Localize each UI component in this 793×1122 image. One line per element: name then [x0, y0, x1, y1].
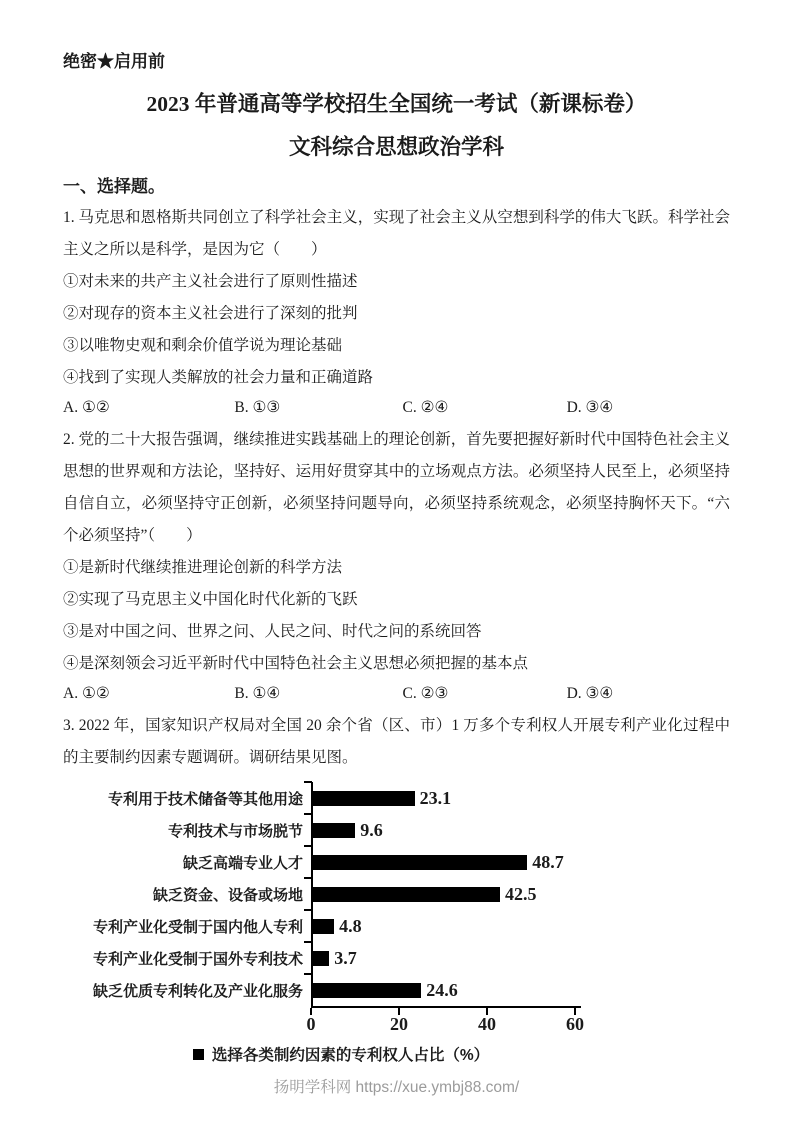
exam-title: 2023 年普通高等学校招生全国统一考试（新课标卷） [63, 89, 730, 119]
chart-x-axis [311, 1006, 581, 1014]
chart-legend: 选择各类制约因素的专利权人占比（%） [85, 1043, 597, 1065]
chart-category-label: 专利产业化受制于国内他人专利 [85, 916, 311, 937]
legend-label: 选择各类制约因素的专利权人占比（%） [212, 1043, 489, 1065]
chart-plot-row: 9.6 [311, 814, 575, 846]
chart-bar [313, 983, 421, 998]
option-c: C. ②③ [402, 680, 566, 707]
chart-plot-row: 4.8 [311, 910, 575, 942]
question-3-stem: 3. 2022 年，国家知识产权局对全国 20 余个省（区、市）1 万多个专利权… [63, 710, 730, 774]
question-1: 1. 马克思和恩格斯共同创立了科学社会主义，实现了社会主义从空想到科学的伟大飞跃… [63, 202, 730, 421]
statement-item: ④找到了实现人类解放的社会力量和正确道路 [63, 362, 730, 394]
statement-item: ④是深刻领会习近平新时代中国特色社会主义思想必须把握的基本点 [63, 648, 730, 680]
option-d: D. ③④ [567, 680, 730, 707]
x-axis-tick-label: 40 [478, 1014, 496, 1035]
x-axis-tick-label: 20 [390, 1014, 408, 1035]
chart-row: 缺乏高端专业人才48.7 [85, 846, 625, 878]
chart-category-label: 缺乏优质专利转化及产业化服务 [85, 980, 311, 1001]
chart-plot-row: 24.6 [311, 974, 575, 1006]
question-1-stem: 1. 马克思和恩格斯共同创立了科学社会主义，实现了社会主义从空想到科学的伟大飞跃… [63, 202, 730, 266]
chart-category-label: 专利产业化受制于国外专利技术 [85, 948, 311, 969]
chart-bar-value: 23.1 [420, 788, 452, 809]
secrecy-label: 绝密★启用前 [63, 50, 730, 74]
statement-item: ③以唯物史观和剩余价值学说为理论基础 [63, 330, 730, 362]
x-axis-tick-label: 0 [307, 1014, 316, 1035]
chart-row: 专利产业化受制于国内他人专利4.8 [85, 910, 625, 942]
section-heading: 一、选择题。 [63, 175, 730, 199]
option-a: A. ①② [63, 680, 234, 707]
question-3: 3. 2022 年，国家知识产权局对全国 20 余个省（区、市）1 万多个专利权… [63, 710, 730, 1065]
x-axis-tick-label: 60 [566, 1014, 584, 1035]
chart-category-label: 专利技术与市场脱节 [85, 820, 311, 841]
chart-bar-value: 9.6 [360, 820, 383, 841]
chart-row: 缺乏资金、设备或场地42.5 [85, 878, 625, 910]
chart-x-labels: 0204060 [311, 1014, 575, 1036]
statement-item: ②对现存的资本主义社会进行了深刻的批判 [63, 298, 730, 330]
chart-row: 专利技术与市场脱节9.6 [85, 814, 625, 846]
option-b: B. ①④ [234, 680, 402, 707]
question-1-options: A. ①② B. ①③ C. ②④ D. ③④ [63, 394, 730, 421]
chart-plot-row: 23.1 [311, 782, 575, 814]
question-2-options: A. ①② B. ①④ C. ②③ D. ③④ [63, 680, 730, 707]
chart-bar-value: 3.7 [334, 948, 357, 969]
chart-bar-value: 48.7 [532, 852, 564, 873]
option-a: A. ①② [63, 394, 234, 421]
chart-bar [313, 791, 415, 806]
chart-bar-value: 4.8 [339, 916, 362, 937]
exam-page: 绝密★启用前 2023 年普通高等学校招生全国统一考试（新课标卷） 文科综合思想… [0, 0, 793, 1122]
chart-plot-row: 48.7 [311, 846, 575, 878]
chart-rows: 专利用于技术储备等其他用途23.1专利技术与市场脱节9.6缺乏高端专业人才48.… [85, 782, 625, 1006]
statement-item: ①对未来的共产主义社会进行了原则性描述 [63, 266, 730, 298]
statement-item: ①是新时代继续推进理论创新的科学方法 [63, 552, 730, 584]
chart-category-label: 缺乏高端专业人才 [85, 852, 311, 873]
chart-bar [313, 919, 334, 934]
chart-bar [313, 855, 527, 870]
chart-bar [313, 887, 500, 902]
chart-category-label: 缺乏资金、设备或场地 [85, 884, 311, 905]
chart-plot-row: 42.5 [311, 878, 575, 910]
statement-item: ③是对中国之问、世界之问、人民之问、时代之问的系统回答 [63, 616, 730, 648]
chart-row: 专利用于技术储备等其他用途23.1 [85, 782, 625, 814]
option-d: D. ③④ [567, 394, 730, 421]
option-b: B. ①③ [234, 394, 402, 421]
chart-plot-row: 3.7 [311, 942, 575, 974]
chart-bar-value: 42.5 [505, 884, 537, 905]
statement-item: ②实现了马克思主义中国化时代化新的飞跃 [63, 584, 730, 616]
question-2-stem: 2. 党的二十大报告强调，继续推进实践基础上的理论创新，首先要把握好新时代中国特… [63, 424, 730, 552]
chart-row: 专利产业化受制于国外专利技术3.7 [85, 942, 625, 974]
chart-category-label: 专利用于技术储备等其他用途 [85, 788, 311, 809]
footer-watermark: 扬明学科网 https://xue.ymbj88.com/ [0, 1075, 793, 1097]
question-2: 2. 党的二十大报告强调，继续推进实践基础上的理论创新，首先要把握好新时代中国特… [63, 424, 730, 707]
chart-bar-value: 24.6 [426, 980, 458, 1001]
option-c: C. ②④ [402, 394, 566, 421]
chart-row: 缺乏优质专利转化及产业化服务24.6 [85, 974, 625, 1006]
exam-subject: 文科综合思想政治学科 [63, 132, 730, 162]
patent-bar-chart: 专利用于技术储备等其他用途23.1专利技术与市场脱节9.6缺乏高端专业人才48.… [85, 782, 625, 1065]
chart-bar [313, 823, 355, 838]
legend-marker-icon [193, 1049, 204, 1060]
chart-bar [313, 951, 329, 966]
